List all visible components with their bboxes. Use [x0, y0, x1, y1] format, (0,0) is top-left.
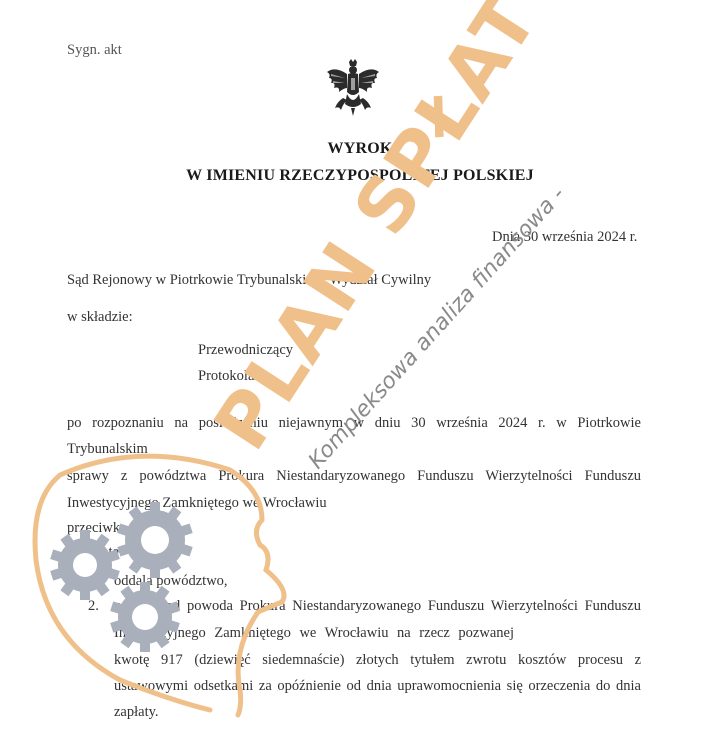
ruling-line: ustawowymi odsetkami za opóźnienie od dn… [114, 677, 641, 695]
composition-label: w składzie: [67, 308, 133, 326]
ruling-number: 1. [88, 572, 99, 590]
body-line: przeciwko [67, 519, 641, 537]
document-page: Sygn. akt WYROK W IMI [0, 0, 704, 730]
ruling-line: kwotę 917 (dziewięć siedemnaście) złotyc… [114, 651, 641, 669]
ruling-line: Inwestycyjnego Zamkniętego we Wrocławiu … [114, 624, 514, 642]
ruling-line: zasądza od powoda Prokura Niestandaryzow… [114, 597, 641, 615]
polish-eagle-emblem-icon [323, 58, 383, 120]
body-line: o zapłatę [67, 543, 641, 561]
ruling-line: zapłaty. [114, 703, 641, 721]
body-line: Trybunalskim [67, 440, 641, 458]
court-name: Sąd Rejonowy w Piotrkowie Trybunalskim I… [67, 271, 431, 289]
document-subtitle: W IMIENIU RZECZYPOSPOLITEJ POLSKIEJ [8, 167, 704, 185]
clerk-label: Protokolant [198, 367, 266, 385]
presiding-judge-label: Przewodniczący [198, 341, 293, 359]
body-line: sprawy z powództwa Prokura Niestandaryzo… [67, 467, 641, 485]
judgment-date: Dnia 30 września 2024 r. [492, 228, 637, 246]
case-signature-label: Sygn. akt [67, 41, 122, 59]
body-line: po rozpoznaniu na posiedzeniu niejawnym … [67, 414, 641, 432]
document-title: WYROK [8, 140, 704, 158]
ruling-number: 2. [88, 597, 99, 615]
ruling-line: oddala powództwo, [114, 572, 641, 590]
body-line: Inwestycyjnego Zamkniętego we Wrocławiu [67, 494, 641, 512]
